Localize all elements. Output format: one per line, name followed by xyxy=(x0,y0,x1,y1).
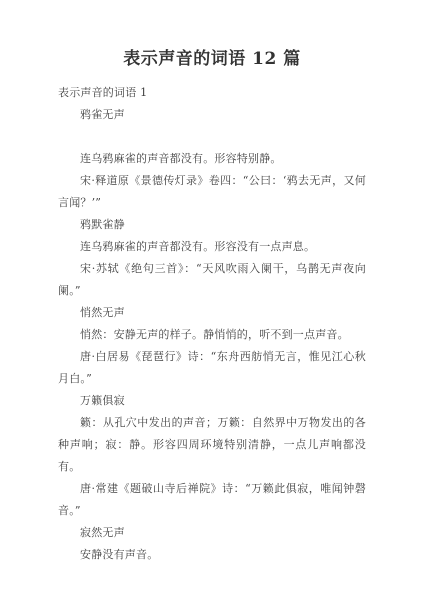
citation-paragraph: 唐·常建《题破山寺后禅院》诗：“万籁此俱寂，唯闻钟磬音。” xyxy=(58,478,366,522)
definition-paragraph: 连乌鸦麻雀的声音都没有。形容特别静。 xyxy=(58,148,366,170)
term-paragraph: 鸦默雀静 xyxy=(58,214,366,236)
section-label: 表示声音的词语 1 xyxy=(58,82,366,104)
citation-paragraph: 宋·释道原《景德传灯录》卷四：“公曰：‘鸦去无声，又何言闻？’” xyxy=(58,170,366,214)
citation-paragraph: 唐·白居易《琵琶行》诗：“东舟西舫悄无言，惟见江心秋月白。” xyxy=(58,346,366,390)
document-content: 表示声音的词语 12 篇 表示声音的词语 1 鸦雀无声 连乌鸦麻雀的声音都没有。… xyxy=(0,46,424,566)
definition-paragraph: 籁：从孔穴中发出的声音；万籁：自然界中万物发出的各种声响；寂：静。形容四周环境特… xyxy=(58,412,366,478)
term-paragraph: 鸦雀无声 xyxy=(58,104,366,126)
definition-paragraph: 安静没有声音。 xyxy=(58,544,366,566)
document-page: 表示声音的词语 12 篇 表示声音的词语 1 鸦雀无声 连乌鸦麻雀的声音都没有。… xyxy=(0,0,424,600)
definition-paragraph: 连乌鸦麻雀的声音都没有。形容没有一点声息。 xyxy=(58,236,366,258)
term-paragraph: 万籁俱寂 xyxy=(58,390,366,412)
term-paragraph: 悄然无声 xyxy=(58,302,366,324)
citation-paragraph: 宋·苏轼《绝句三首》：“天风吹雨入阑干，乌鹊无声夜向阑。” xyxy=(58,258,366,302)
document-title: 表示声音的词语 12 篇 xyxy=(58,46,366,72)
definition-paragraph: 悄然：安静无声的样子。静悄悄的，听不到一点声音。 xyxy=(58,324,366,346)
term-paragraph: 寂然无声 xyxy=(58,522,366,544)
